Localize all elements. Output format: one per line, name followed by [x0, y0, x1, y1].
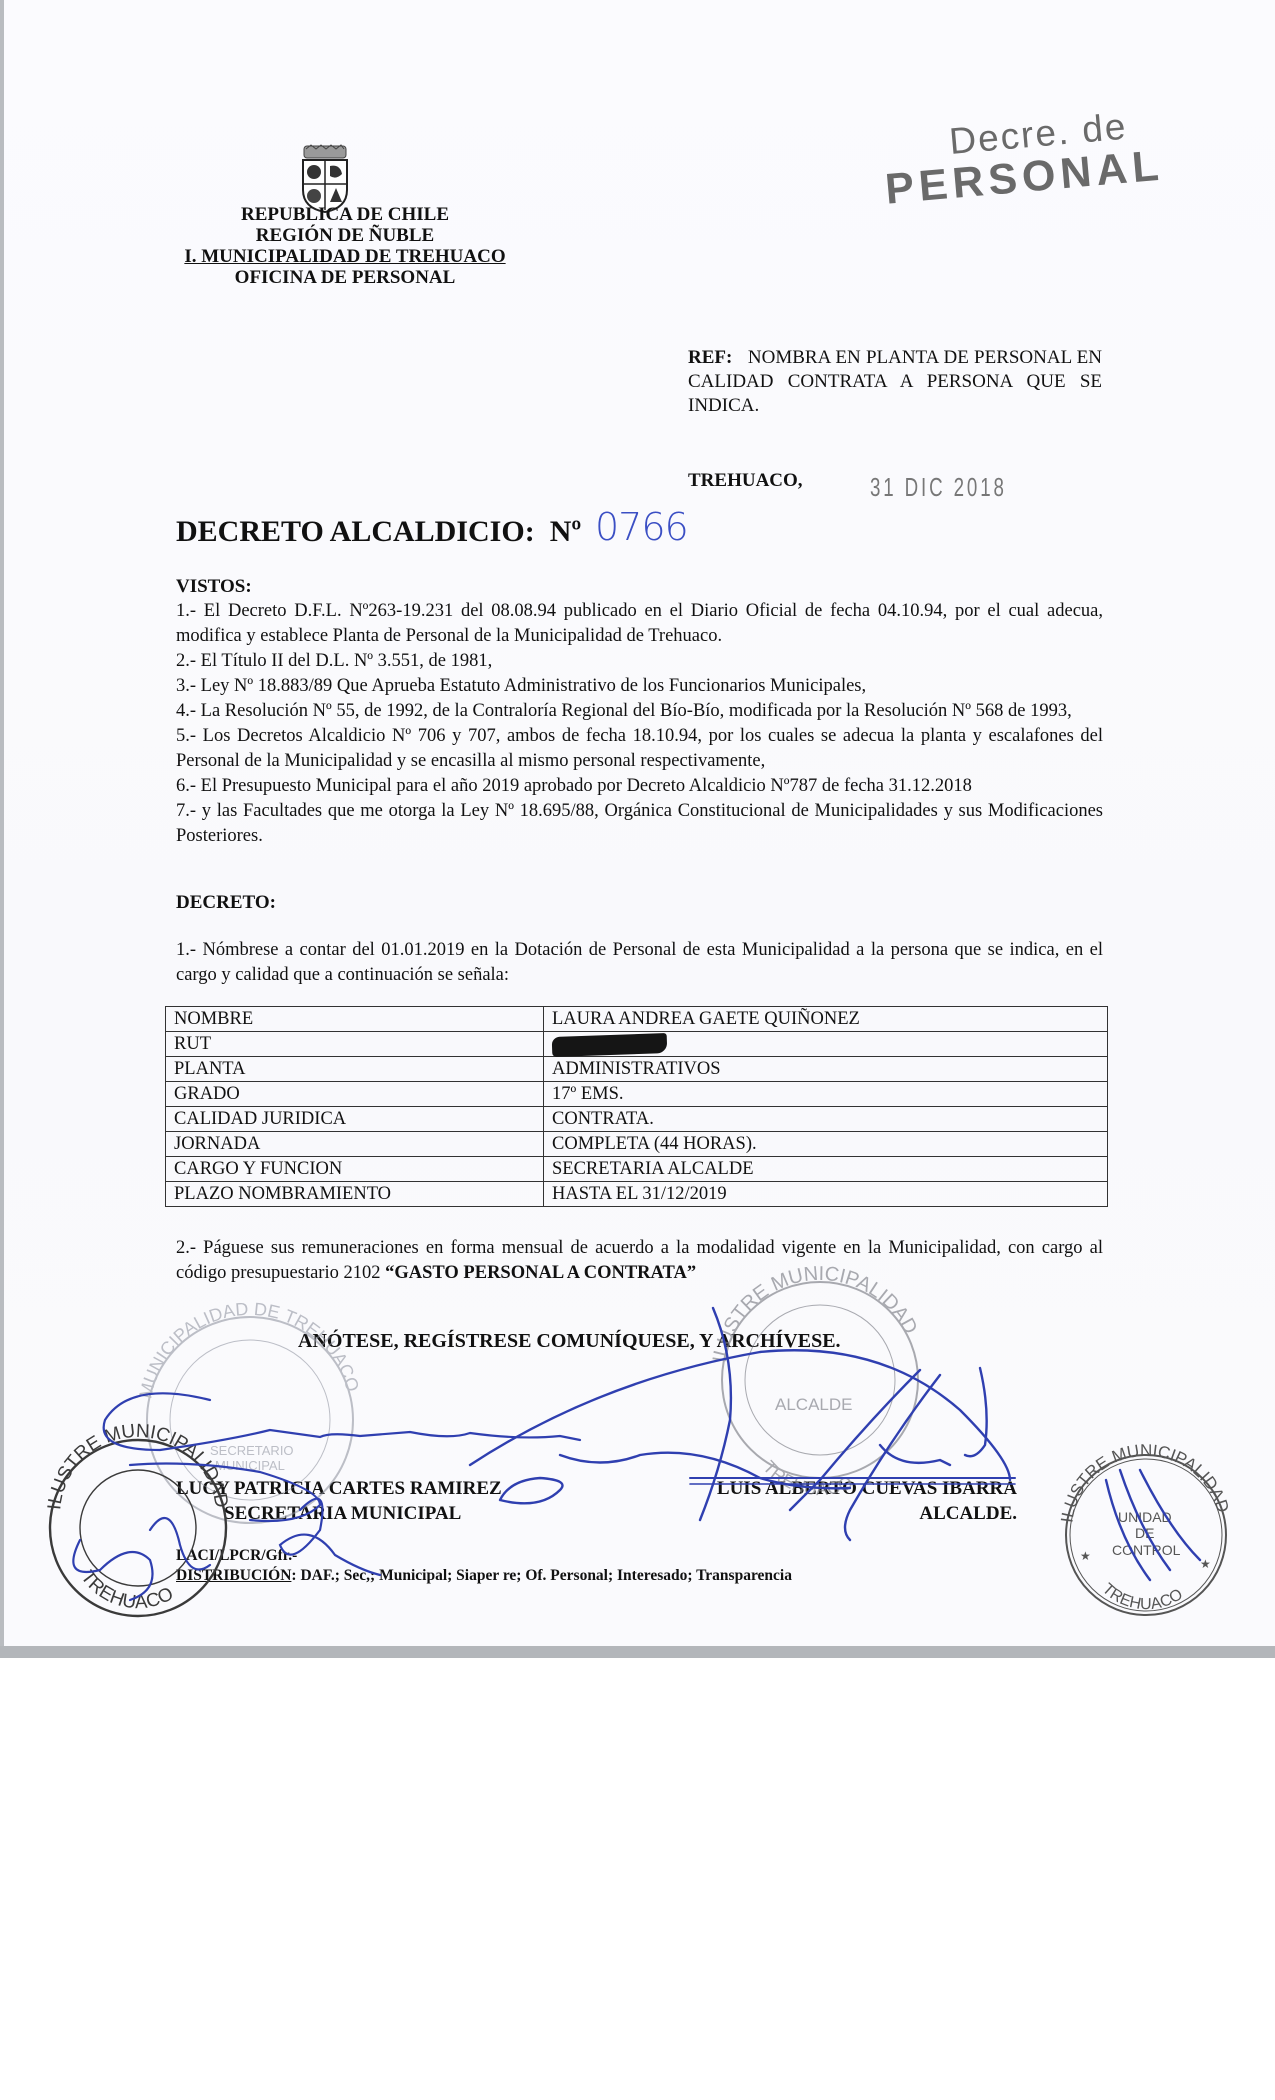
vistos-item: 3.- Ley Nº 18.883/89 Que Aprueba Estatut…	[176, 674, 1103, 699]
vistos-item: 2.- El Título II del D.L. Nº 3.551, de 1…	[176, 649, 1103, 674]
table-row: CARGO Y FUNCIONSECRETARIA ALCALDE	[166, 1157, 1108, 1182]
vistos-item: 7.- y las Facultades que me otorga la Le…	[176, 799, 1103, 849]
initials: LACI/LPCR/Gfr.-	[176, 1546, 297, 1566]
signatory-title: SECRETARIA MUNICIPAL	[224, 1501, 502, 1526]
table-row: NOMBRELAURA ANDREA GAETE QUIÑONEZ	[166, 1007, 1108, 1032]
signature-block-mayor: LUIS ALBERTO CUEVAS IBARRA ALCALDE.	[683, 1476, 1017, 1526]
table-row: RUT	[166, 1032, 1108, 1057]
vistos-title: VISTOS:	[176, 574, 1103, 599]
signatory-name: LUCY PATRICIA CARTES RAMIREZ	[176, 1476, 502, 1501]
decree-number-handwritten: 0766	[595, 505, 688, 549]
decree-title: DECRETO ALCALDICIO: Nº	[176, 515, 581, 549]
decreto-item-2: 2.- Páguese sus remuneraciones en forma …	[176, 1236, 1103, 1286]
decreto-section: DECRETO: 1.- Nómbrese a contar del 01.01…	[176, 890, 1103, 988]
signatory-title: ALCALDE.	[683, 1501, 1017, 1526]
signatory-name: LUIS ALBERTO CUEVAS IBARRA	[683, 1476, 1017, 1501]
vistos-item: 5.- Los Decretos Alcaldicio Nº 706 y 707…	[176, 724, 1103, 774]
vistos-item: 6.- El Presupuesto Municipal para el año…	[176, 774, 1103, 799]
letterhead-country: REPUBLICA DE CHILE	[160, 204, 530, 225]
distribution-list: DISTRIBUCIÓN: DAF.; Sec,; Municipal; Sia…	[176, 1566, 792, 1586]
ref-label: REF:	[688, 347, 732, 368]
table-row: PLAZO NOMBRAMIENTOHASTA EL 31/12/2019	[166, 1182, 1108, 1207]
letterhead: REPUBLICA DE CHILE REGIÓN DE ÑUBLE I. MU…	[160, 204, 530, 288]
vistos-item: 1.- El Decreto D.F.L. Nº263-19.231 del 0…	[176, 599, 1103, 649]
decreto-title: DECRETO:	[176, 890, 1103, 915]
redaction-mark	[552, 1033, 668, 1057]
table-row: CALIDAD JURIDICACONTRATA.	[166, 1107, 1108, 1132]
date-stamp: 31 DIC 2018	[870, 472, 1007, 503]
signature-block-secretary: LUCY PATRICIA CARTES RAMIREZ SECRETARIA …	[176, 1476, 502, 1526]
vistos-section: VISTOS: 1.- El Decreto D.F.L. Nº263-19.2…	[176, 574, 1103, 849]
table-row: GRADO17º EMS.	[166, 1082, 1108, 1107]
place-label: TREHUACO,	[688, 470, 803, 492]
reference-block: REF: NOMBRA EN PLANTA DE PERSONAL EN CAL…	[688, 346, 1102, 418]
table-row: JORNADACOMPLETA (44 HORAS).	[166, 1132, 1108, 1157]
letterhead-municipality: I. MUNICIPALIDAD DE TREHUACO	[160, 246, 530, 267]
decreto-item-1: 1.- Nómbrese a contar del 01.01.2019 en …	[176, 938, 1103, 988]
appointment-table: NOMBRELAURA ANDREA GAETE QUIÑONEZ RUT PL…	[165, 1006, 1108, 1207]
letterhead-office: OFICINA DE PERSONAL	[160, 267, 530, 288]
letterhead-region: REGIÓN DE ÑUBLE	[160, 225, 530, 246]
table-row: PLANTAADMINISTRATIVOS	[166, 1057, 1108, 1082]
scanner-edge	[0, 1646, 1275, 1658]
ref-text: NOMBRA EN PLANTA DE PERSONAL EN CALIDAD …	[688, 347, 1102, 416]
closing-formula: ANÓTESE, REGÍSTRESE COMUNÍQUESE, Y ARCHÍ…	[298, 1330, 841, 1353]
vistos-item: 4.- La Resolución Nº 55, de 1992, de la …	[176, 699, 1103, 724]
